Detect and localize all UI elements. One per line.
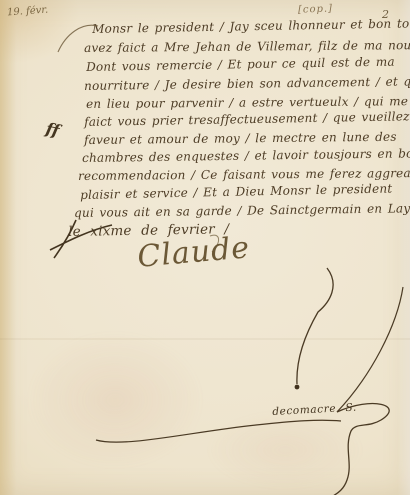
paraph-loop xyxy=(333,404,389,495)
manuscript-line: Monsr le president / Jay sceu lhonneur e… xyxy=(92,16,410,36)
fold-crease xyxy=(0,338,410,340)
show-through-smudge xyxy=(25,330,205,470)
manuscript-line: plaisir et service / Et a Dieu Monsr le … xyxy=(80,181,392,202)
manuscript-line: nourriture / Je desire bien son advancem… xyxy=(84,74,410,93)
margin-mark: ff xyxy=(44,119,61,140)
show-through-smudge xyxy=(205,410,365,490)
ink-dot xyxy=(295,385,300,390)
manuscript-line: faveur et amour de moy / le mectre en lu… xyxy=(84,130,397,147)
paraph-main xyxy=(337,287,403,412)
copy-stamp: [cop.] xyxy=(298,3,333,15)
manuscript-line: qui vous ait en sa garde / De Sainctgerm… xyxy=(74,201,410,220)
manuscript-line: Dont vous remercie / Et pour ce quil est… xyxy=(86,55,395,74)
underline-flourish xyxy=(96,420,341,442)
paraph-descender xyxy=(297,268,333,384)
countersignature: decomacre. S. xyxy=(272,402,357,418)
manuscript-line: faict vous prier tresaffectueusement / q… xyxy=(84,109,410,129)
manuscript-line: en lieu pour parvenir / a estre vertueul… xyxy=(86,94,408,111)
manuscript-line: chambres des enquestes / et lavoir tousj… xyxy=(82,146,410,165)
archival-note: 19. févr. xyxy=(7,5,49,19)
letter-page: 19. févr. [cop.] 2 ff Monsr le president… xyxy=(0,0,410,495)
manuscript-line: avez faict a Mre Jehan de Villemar, filz… xyxy=(84,38,410,55)
manuscript-line: recommendacion / Ce faisant vous me fere… xyxy=(78,166,410,183)
